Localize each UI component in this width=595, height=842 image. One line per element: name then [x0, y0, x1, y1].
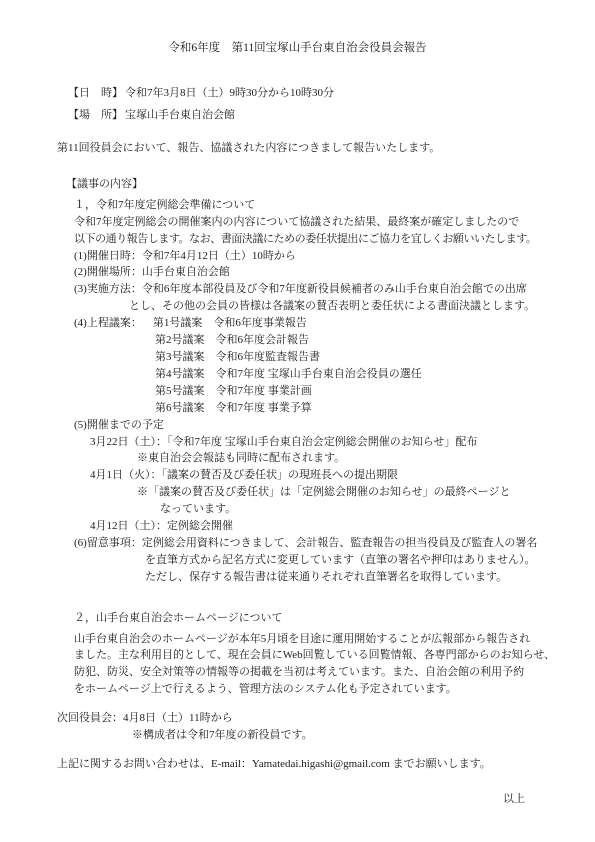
schedule-1-note: ※東自治会会報誌も同時に配布されます。 [57, 450, 538, 467]
item-3-method-line-2: とし、その他の会員の皆様は各議案の賛否表明と委任状による書面決議とします。 [57, 298, 538, 315]
proposal-2: 第2号議案 令和6年度会計報告 [57, 332, 538, 349]
section-2-body-line-3: 防犯、防災、安全対策等の情報等の掲載を当初は考えています。また、自治会館の利用予… [57, 664, 538, 681]
item-4-label: (4)上程議案： [74, 317, 142, 329]
contact-line: 上記に関するお問い合わせは、E-mail：Yamatedai.higashi@g… [57, 756, 538, 773]
schedule-1-date: 3月22日（土）：「令和7年度 宝塚山手台東自治会定例総会開催のお知らせ」配布 [57, 434, 538, 451]
item-3-method-line-1: (3)実施方法：令和6年度本部役員及び令和7年度新役員候補者のみ山手台東自治会館… [57, 281, 538, 298]
datetime-label: 【日 時】 [68, 87, 123, 99]
datetime-value: 令和7年3月8日（土）9時30分から10時30分 [125, 87, 334, 99]
section-1-lead-line-2: 以下の通り報告します。なお、書面決議にための委任状提出にご協力を宜しくお願いいた… [57, 231, 538, 248]
item-6-note-line-3: ただし、保存する報告書は従来通りそれぞれ直筆署名を取得しています。 [57, 569, 538, 586]
section-2-body-line-1: 山手台東自治会のホームページが本年5月頃を目途に運用開始することが広報部から報告… [57, 631, 538, 648]
section-2-heading: ２，山手台東自治会ホームページについて [57, 610, 538, 627]
item-6-note-line-2: を直筆方式から記名方式に変更しています（直筆の署名や押印はありません）。 [57, 552, 538, 569]
proposal-1: 第1号議案 令和6年度事業報告 [153, 317, 307, 329]
item-6-note-line-1: (6)留意事項：定例総会用資料につきまして、会計報告、監査報告の担当役員及び監査… [57, 535, 538, 552]
next-meeting-line: 次回役員会：4月8日（土）11時から [57, 710, 538, 727]
meeting-datetime-line: 【日 時】令和7年3月8日（土）9時30分から10時30分 [57, 82, 538, 104]
schedule-2-note-line-2: なっています。 [57, 501, 538, 518]
agenda-heading: 【議事の内容】 [57, 176, 538, 193]
section-2-body-line-2: ました。主な利用目的として、現在会員にWeb回覧している回覧情報、各専門部からの… [57, 647, 538, 664]
proposal-4: 第4号議案 令和7年度 宝塚山手台東自治会役員の選任 [57, 366, 538, 383]
place-value: 宝塚山手台東自治会館 [125, 109, 235, 121]
section-1-lead-line-1: 令和7年度定例総会の開催案内の内容について協議された結果、最終案が確定しましたの… [57, 214, 538, 231]
item-5-heading: (5)開催までの予定 [57, 417, 538, 434]
intro-text: 第11回役員会において、報告、協議された内容につきまして報告いたします。 [57, 140, 538, 157]
next-meeting-note: ※構成者は令和7年度の新役員です。 [57, 727, 538, 744]
meeting-place-line: 【場 所】宝塚山手台東自治会館 [57, 104, 538, 126]
item-1-date: (1)開催日時：令和7年4月12日（土）10時から [57, 248, 538, 265]
section-1-heading: １，令和7年度定例総会準備について [57, 197, 538, 214]
schedule-2-date: 4月1日（火）：「議案の賛否及び委任状」の現班長への提出期限 [57, 467, 538, 484]
proposal-5: 第5号議案 令和7年度 事業計画 [57, 383, 538, 400]
item-2-place: (2)開催場所：山手台東自治会館 [57, 264, 538, 281]
proposal-3: 第3号議案 令和6年度監査報告書 [57, 349, 538, 366]
schedule-3-date: 4月12日（土）：定例総会開催 [57, 518, 538, 535]
proposal-6: 第6号議案 令和7年度 事業予算 [57, 400, 538, 417]
section-2-body-line-4: をホームページ上で行えるよう、管理方法のシステム化も予定されています。 [57, 681, 538, 698]
document-title: 令和6年度 第11回宝塚山手台東自治会役員会報告 [57, 40, 538, 57]
closing-text: 以上 [57, 791, 538, 808]
document-page: 令和6年度 第11回宝塚山手台東自治会役員会報告 【日 時】令和7年3月8日（土… [0, 0, 595, 842]
schedule-2-note-line-1: ※「議案の賛否及び委任状」は「定例総会開催のお知らせ」の最終ページと [57, 484, 538, 501]
place-label: 【場 所】 [68, 109, 123, 121]
item-4-proposals-row: (4)上程議案：第1号議案 令和6年度事業報告 [57, 315, 538, 332]
